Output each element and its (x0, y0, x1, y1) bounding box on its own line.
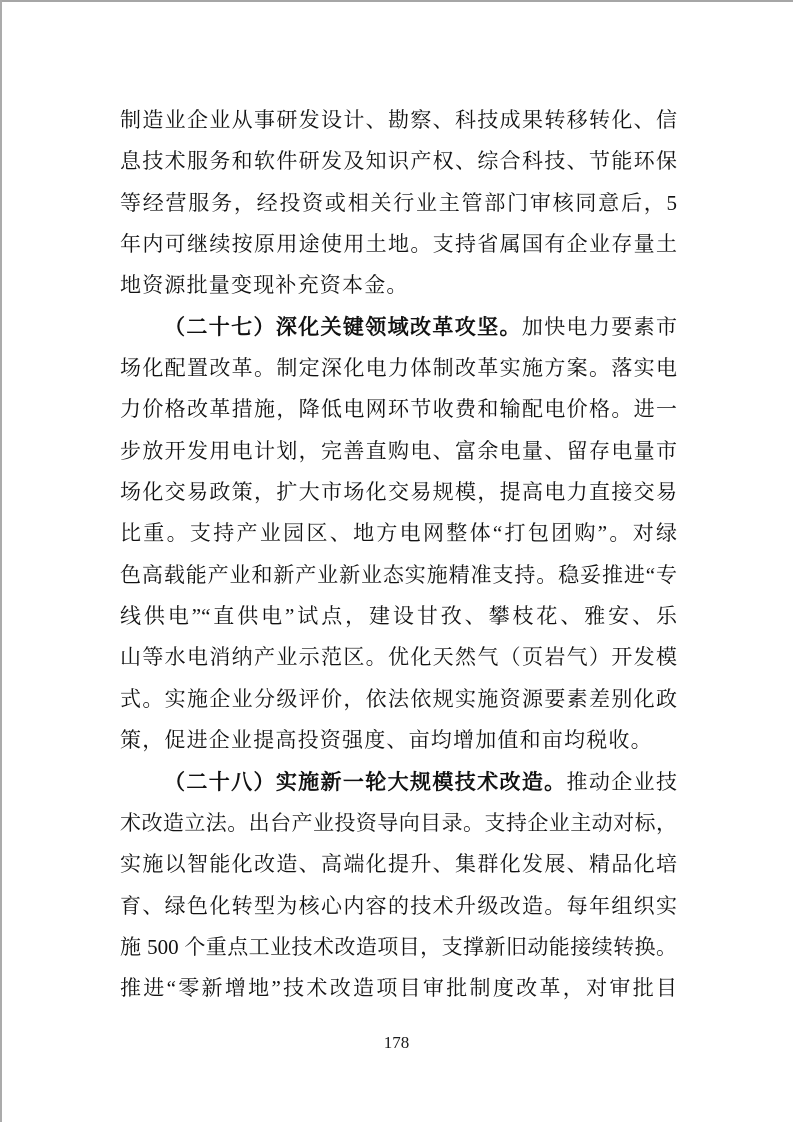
text-line: 息技术服务和软件研发及知识产权、综合科技、节能环保 (120, 141, 677, 182)
body-text: 实施以智能化改造、高端化提升、集群化发展、精品化培 (120, 852, 677, 876)
body-text: 术改造立法。出台产业投资导向目录。支持企业主动对标， (120, 811, 677, 835)
section-heading: （二十八）实施新一轮大规模技术改造。 (164, 770, 567, 794)
text-line: 育、绿色化转型为核心内容的技术升级改造。每年组织实 (120, 886, 677, 927)
text-line: 推进“零新增地”技术改造项目审批制度改革，对审批目 (120, 968, 677, 1009)
document-page: { "doc": { "paragraphs": [ { "lines": [ … (0, 0, 793, 1122)
section-heading: （二十七）深化关键领域改革攻坚。 (164, 315, 522, 339)
text-line: 地资源批量变现补充资本金。 (120, 265, 677, 306)
text-line: 策，促进企业提高投资强度、亩均增加值和亩均税收。 (120, 720, 677, 761)
body-text: 推动企业技 (567, 770, 677, 794)
body-text: 山等水电消纳产业示范区。优化天然气（页岩气）开发模 (120, 645, 677, 669)
text-line: 式。实施企业分级评价，依法依规实施资源要素差别化政 (120, 679, 677, 720)
body-text: 场化交易政策，扩大市场化交易规模，提高电力直接交易 (120, 480, 677, 504)
body-text: 加快电力要素市 (522, 315, 677, 339)
body-text: 步放开发用电计划，完善直购电、富余电量、留存电量市 (120, 439, 677, 463)
body-text: 制造业企业从事研发设计、勘察、科技成果转移转化、信 (120, 108, 677, 132)
text-line: （二十七）深化关键领域改革攻坚。加快电力要素市 (120, 307, 677, 348)
text-line: 场化交易政策，扩大市场化交易规模，提高电力直接交易 (120, 472, 677, 513)
text-line: 色高载能产业和新产业新业态实施精准支持。稳妥推进“专 (120, 555, 677, 596)
body-text: 施 500 个重点工业技术改造项目，支撑新旧动能接续转换。 (120, 935, 677, 959)
text-line: 年内可继续按原用途使用土地。支持省属国有企业存量土 (120, 224, 677, 265)
text-line: 比重。支持产业园区、地方电网整体“打包团购”。对绿 (120, 513, 677, 554)
text-line: 施 500 个重点工业技术改造项目，支撑新旧动能接续转换。 (120, 927, 677, 968)
text-line: 山等水电消纳产业示范区。优化天然气（页岩气）开发模 (120, 637, 677, 678)
page-left-edge (0, 0, 2, 1122)
body-text: 息技术服务和软件研发及知识产权、综合科技、节能环保 (120, 149, 677, 173)
text-block: 制造业企业从事研发设计、勘察、科技成果转移转化、信 息技术服务和软件研发及知识产… (120, 100, 677, 1010)
body-text: 推进“零新增地”技术改造项目审批制度改革，对审批目 (120, 976, 677, 1000)
body-text: 比重。支持产业园区、地方电网整体“打包团购”。对绿 (120, 521, 677, 545)
paragraph: （二十七）深化关键领域改革攻坚。加快电力要素市 场化配置改革。制定深化电力体制改… (120, 307, 677, 762)
body-text: 等经营服务，经投资或相关行业主管部门审核同意后，5 (120, 191, 677, 215)
paragraph: （二十八）实施新一轮大规模技术改造。推动企业技 术改造立法。出台产业投资导向目录… (120, 762, 677, 1010)
text-line: 实施以智能化改造、高端化提升、集群化发展、精品化培 (120, 844, 677, 885)
text-line: 等经营服务，经投资或相关行业主管部门审核同意后，5 (120, 183, 677, 224)
paragraph: 制造业企业从事研发设计、勘察、科技成果转移转化、信 息技术服务和软件研发及知识产… (120, 100, 677, 307)
page-number: 178 (0, 1033, 793, 1053)
text-line: 力价格改革措施，降低电网环节收费和输配电价格。进一 (120, 389, 677, 430)
text-line: 线供电”“直供电”试点，建设甘孜、攀枝花、雅安、乐 (120, 596, 677, 637)
body-text: 地资源批量变现补充资本金。 (120, 273, 409, 297)
text-line: 场化配置改革。制定深化电力体制改革实施方案。落实电 (120, 348, 677, 389)
text-line: 制造业企业从事研发设计、勘察、科技成果转移转化、信 (120, 100, 677, 141)
text-line: 术改造立法。出台产业投资导向目录。支持企业主动对标， (120, 803, 677, 844)
body-text: 式。实施企业分级评价，依法依规实施资源要素差别化政 (120, 687, 677, 711)
body-text: 育、绿色化转型为核心内容的技术升级改造。每年组织实 (120, 894, 677, 918)
body-text: 线供电”“直供电”试点，建设甘孜、攀枝花、雅安、乐 (120, 604, 677, 628)
body-text: 色高载能产业和新产业新业态实施精准支持。稳妥推进“专 (120, 563, 677, 587)
body-text: 力价格改革措施，降低电网环节收费和输配电价格。进一 (120, 397, 677, 421)
text-line: （二十八）实施新一轮大规模技术改造。推动企业技 (120, 762, 677, 803)
body-text: 策，促进企业提高投资强度、亩均增加值和亩均税收。 (120, 728, 653, 752)
text-line: 步放开发用电计划，完善直购电、富余电量、留存电量市 (120, 431, 677, 472)
body-text: 年内可继续按原用途使用土地。支持省属国有企业存量土 (120, 232, 677, 256)
page-top-edge (0, 0, 793, 2)
body-text: 场化配置改革。制定深化电力体制改革实施方案。落实电 (120, 356, 677, 380)
